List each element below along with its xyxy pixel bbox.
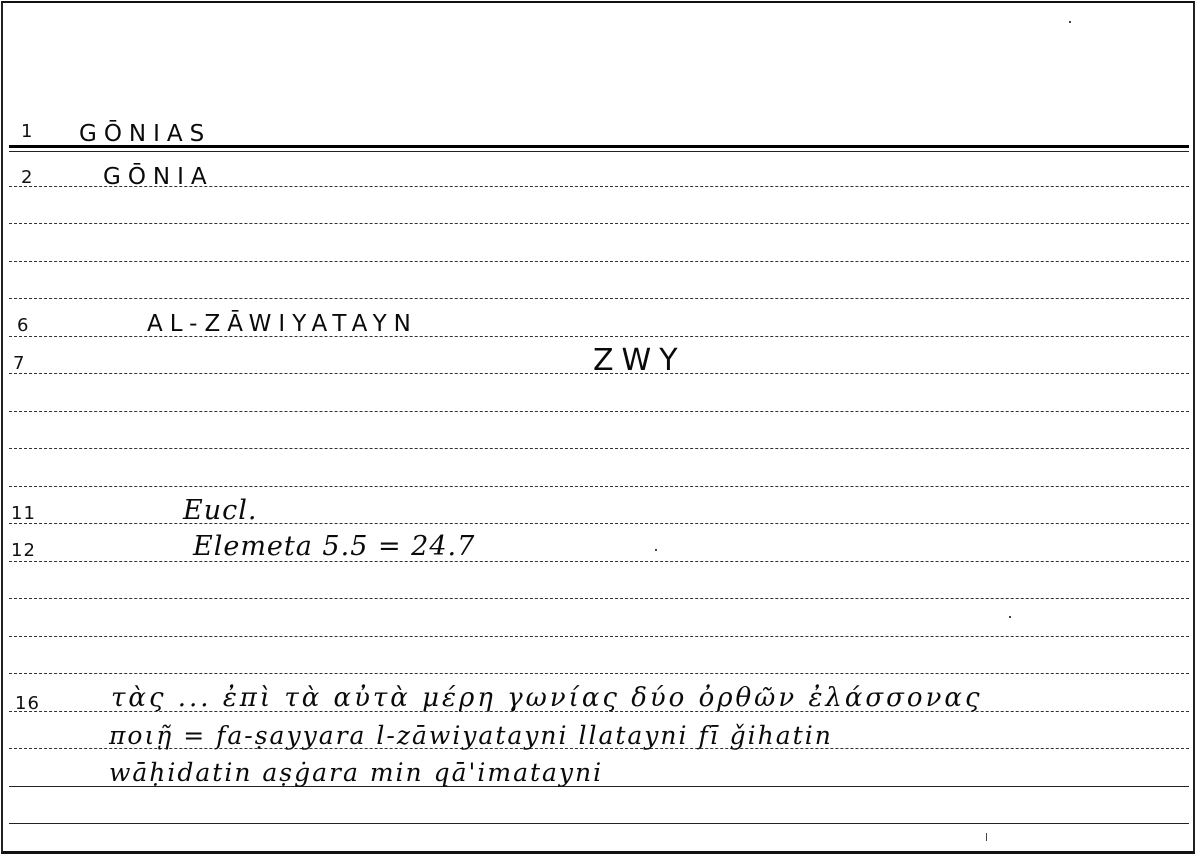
ruled-line — [9, 823, 1189, 824]
arabic-translation-line-2: wāḥidatin aṣġara min qā'imatayni — [109, 758, 603, 787]
ruled-line — [9, 411, 1189, 412]
header-rule-secondary — [9, 151, 1189, 152]
index-card: 1 GŌNIAS 2 GŌNIA 6 AL-ZĀWIYATAYN 7 ZWY 1… — [1, 1, 1195, 854]
ruled-line — [9, 448, 1189, 449]
scan-speck — [1069, 21, 1071, 23]
scan-speck — [1009, 616, 1011, 618]
line-number: 16 — [15, 693, 40, 714]
line-number: 6 — [17, 315, 29, 336]
arabic-transliteration: AL-ZĀWIYATAYN — [147, 311, 418, 337]
ruled-line — [9, 261, 1189, 262]
greek-quotation: τὰς ... ἐπὶ τὰ αὐτὰ μέρη γωνίας δύο ὀρθῶ… — [111, 683, 983, 713]
ruled-line — [9, 673, 1189, 674]
arabic-root: ZWY — [593, 343, 686, 378]
line-number: 12 — [11, 540, 36, 561]
source-author: Eucl. — [183, 495, 257, 526]
scan-speck — [986, 833, 987, 841]
ruled-line — [9, 636, 1189, 637]
headword-singular: GŌNIA — [103, 164, 214, 190]
line-number: 7 — [13, 353, 25, 374]
scan-speck — [655, 549, 657, 551]
line-number: 1 — [21, 121, 33, 142]
line-number: 11 — [11, 503, 36, 524]
ruled-line — [9, 298, 1189, 299]
line-number: 2 — [21, 167, 33, 188]
ruled-line — [9, 598, 1189, 599]
ruled-line — [9, 223, 1189, 224]
source-reference: Elemeta 5.5 = 24.7 — [193, 531, 475, 562]
ruled-line — [9, 486, 1189, 487]
ruled-line — [9, 561, 1189, 562]
headword-plural: GŌNIAS — [79, 121, 211, 147]
arabic-translation-line-1: ποιῇ = fa-ṣayyara l-zāwiyatayni llatayni… — [109, 721, 833, 750]
